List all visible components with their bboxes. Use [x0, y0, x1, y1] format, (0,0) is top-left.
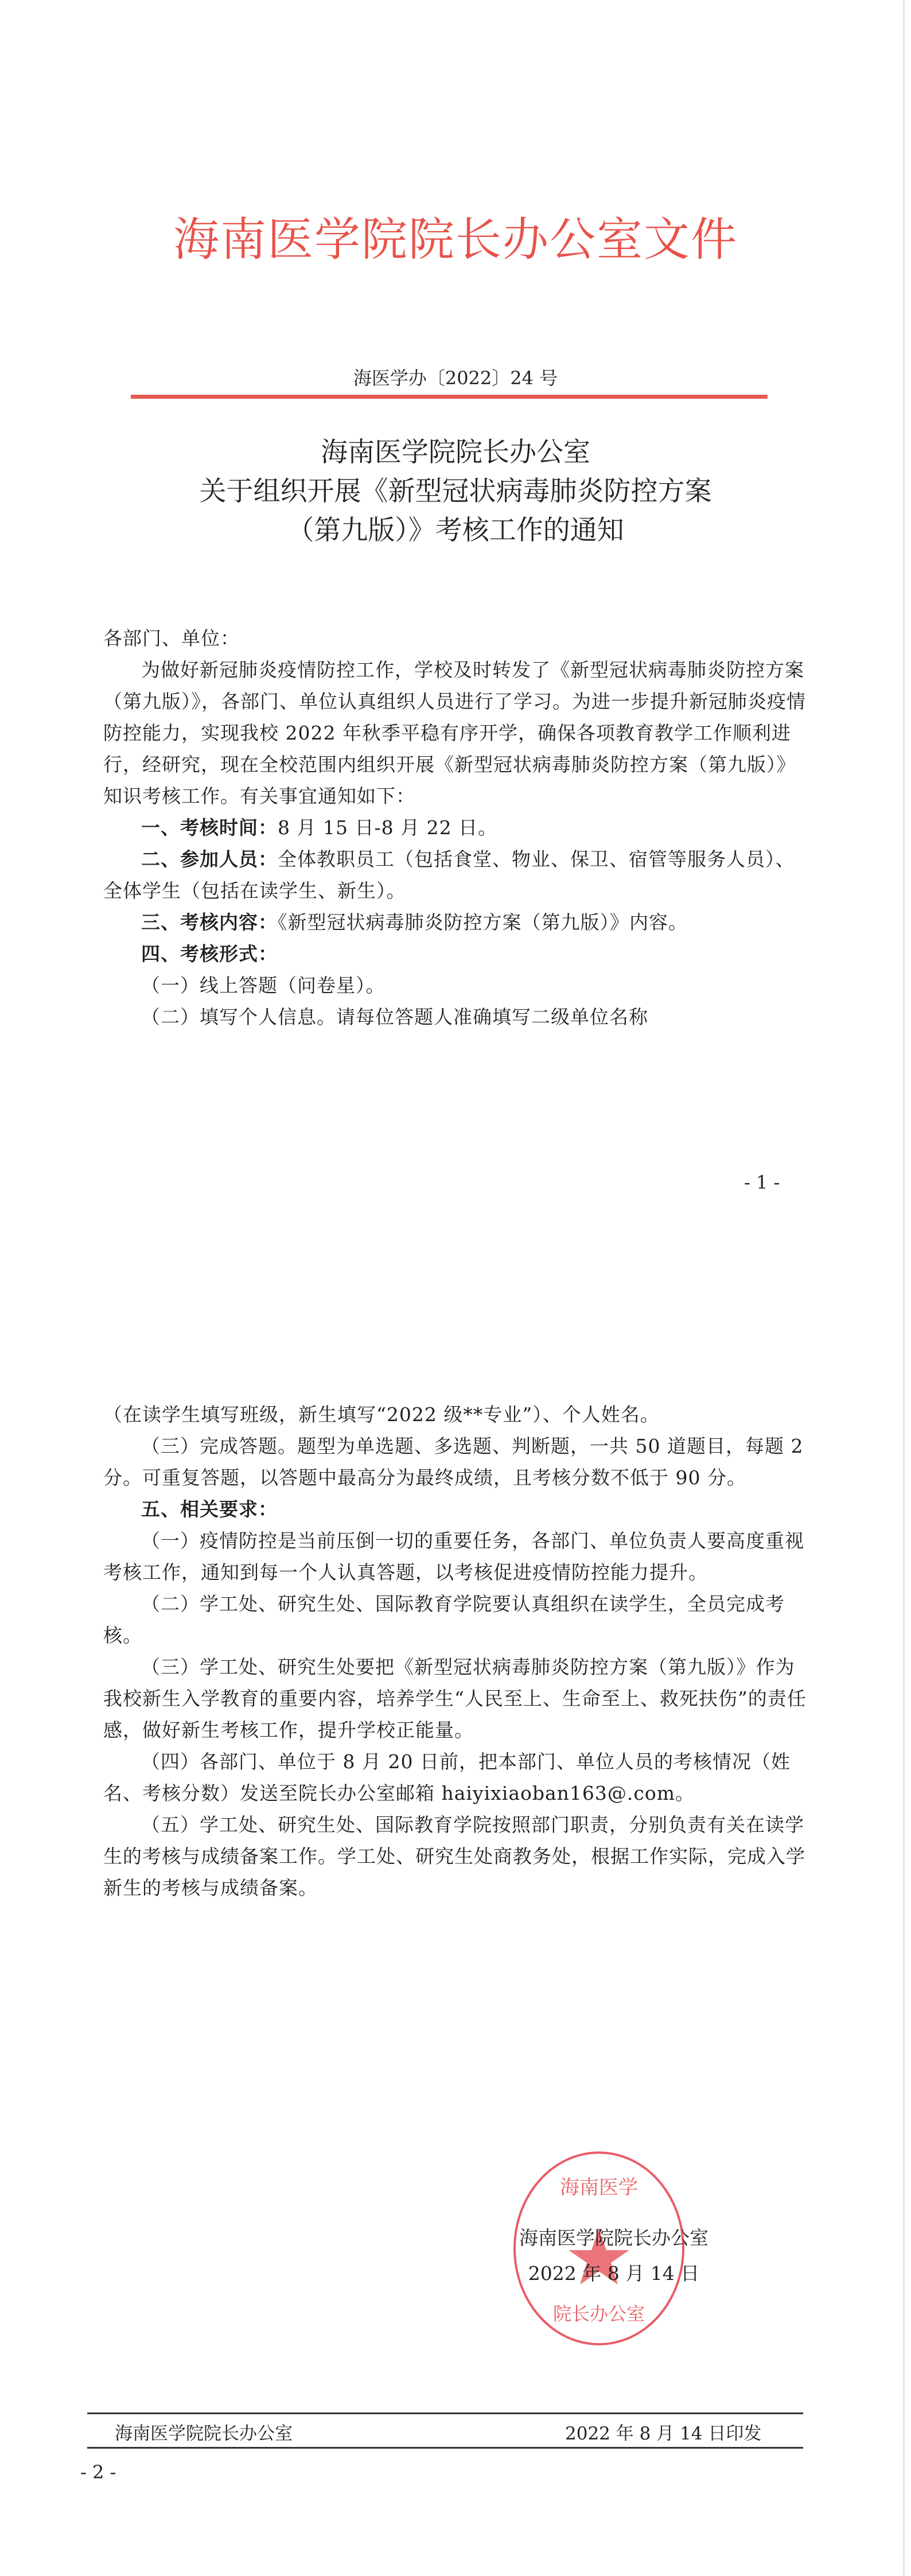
requirement-4: （四）各部门、单位于 8 月 20 日前，把本部门、单位人员的考核情况（姓名、考… [103, 1746, 809, 1809]
intro-paragraph: 为做好新冠肺炎疫情防控工作，学校及时转发了《新型冠状病毒肺炎防控方案（第九版）》… [103, 654, 809, 812]
section-participants: 二、参加人员：全体教职员工（包括食堂、物业、保卫、宿管等服务人员）、全体学生（包… [103, 843, 809, 906]
svg-text:院长办公室: 院长办公室 [553, 2303, 645, 2325]
page2-body: （在读学生填写班级，新生填写“2022 级**专业”）、个人姓名。 （三）完成答… [103, 1399, 809, 1904]
form-item-2-continuation: （在读学生填写班级，新生填写“2022 级**专业”）、个人姓名。 [103, 1399, 809, 1430]
document-title-line-2: 关于组织开展《新型冠状病毒肺炎防控方案 [0, 472, 911, 511]
requirement-3: （三）学工处、研究生处要把《新型冠状病毒肺炎防控方案（第九版）》作为我校新生入学… [103, 1651, 809, 1746]
document-title-line-3: （第九版）》考核工作的通知 [0, 511, 911, 550]
form-item-1: （一）线上答题（问卷星）。 [103, 970, 809, 1001]
section-heading: 三、考核内容： [141, 911, 278, 933]
requirement-2: （二）学工处、研究生处、国际教育学院要认真组织在读学生，全员完成考核。 [103, 1588, 809, 1651]
document-title-line-1: 海南医学院院长办公室 [0, 433, 911, 472]
requirement-1: （一）疫情防控是当前压倒一切的重要任务，各部门、单位负责人要高度重视考核工作，通… [103, 1525, 809, 1588]
section-text: 《新型冠状病毒肺炎防控方案（第九版）》内容。 [278, 911, 688, 933]
red-separator-rule [131, 395, 768, 399]
footer-issuer: 海南医学院院长办公室 [115, 2422, 293, 2445]
signature-issuer: 海南医学院院长办公室 [453, 2220, 774, 2256]
signature-date: 2022 年 8 月 14 日 [453, 2256, 774, 2291]
section-heading: 一、考核时间： [141, 816, 278, 839]
salutation: 各部门、单位： [103, 622, 809, 654]
section-heading: 四、考核形式： [141, 943, 278, 965]
section-content: 三、考核内容：《新型冠状病毒肺炎防控方案（第九版）》内容。 [103, 906, 809, 938]
page-number-1: - 1 - [744, 1172, 780, 1193]
section-form: 四、考核形式： [103, 938, 809, 970]
section-time: 一、考核时间：8 月 15 日-8 月 22 日。 [103, 812, 809, 843]
footer-bottom-rule [87, 2447, 803, 2449]
page1-body: 各部门、单位： 为做好新冠肺炎疫情防控工作，学校及时转发了《新型冠状病毒肺炎防控… [103, 622, 809, 1033]
footer-top-rule [87, 2412, 803, 2414]
document-number: 海医学办〔2022〕24 号 [0, 365, 911, 391]
form-item-3: （三）完成答题。题型为单选题、多选题、判断题，一共 50 道题目，每题 2 分。… [103, 1430, 809, 1493]
svg-text:海南医学: 海南医学 [560, 2176, 638, 2199]
section-heading: 二、参加人员： [141, 848, 278, 870]
red-header-title: 海南医学院院长办公室文件 [0, 211, 911, 269]
form-item-2: （二）填写个人信息。请每位答题人准确填写二级单位名称 [103, 1001, 809, 1033]
section-requirements-heading: 五、相关要求： [103, 1493, 809, 1525]
page-number-2: - 2 - [80, 2461, 116, 2483]
requirement-5: （五）学工处、研究生处、国际教育学院按照部门职责，分别负责有关在读学生的考核与成… [103, 1809, 809, 1904]
footer-print-date: 2022 年 8 月 14 日印发 [565, 2422, 761, 2445]
section-text: 8 月 15 日-8 月 22 日。 [278, 816, 497, 839]
